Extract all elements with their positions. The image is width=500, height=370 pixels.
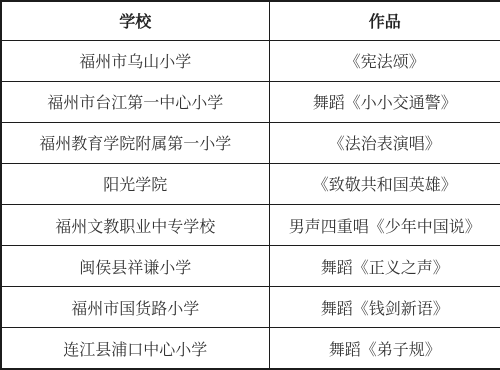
- table-row: 福州市乌山小学 《宪法颂》: [1, 40, 500, 81]
- work-cell: 舞蹈《正义之声》: [269, 246, 500, 287]
- column-header-school: 学校: [1, 1, 269, 40]
- school-cell: 福州市国货路小学: [1, 287, 269, 328]
- school-cell: 福州教育学院附属第一小学: [1, 122, 269, 163]
- school-performance-table: 学校 作品 福州市乌山小学 《宪法颂》 福州市台江第一中心小学 舞蹈《小小交通警…: [0, 0, 500, 370]
- column-header-work: 作品: [269, 1, 500, 40]
- work-cell: 舞蹈《钱剑新语》: [269, 287, 500, 328]
- school-cell: 福州市台江第一中心小学: [1, 81, 269, 122]
- school-cell: 阳光学院: [1, 163, 269, 204]
- school-cell: 福州市乌山小学: [1, 40, 269, 81]
- table-row: 福州教育学院附属第一小学 《法治表演唱》: [1, 122, 500, 163]
- work-cell: 舞蹈《小小交通警》: [269, 81, 500, 122]
- table-row: 连江县浦口中心小学 舞蹈《弟子规》: [1, 328, 500, 369]
- table-row: 福州市台江第一中心小学 舞蹈《小小交通警》: [1, 81, 500, 122]
- school-cell: 闽侯县祥谦小学: [1, 246, 269, 287]
- work-cell: 舞蹈《弟子规》: [269, 328, 500, 369]
- table-row: 福州市国货路小学 舞蹈《钱剑新语》: [1, 287, 500, 328]
- school-cell: 连江县浦口中心小学: [1, 328, 269, 369]
- table-row: 阳光学院 《致敬共和国英雄》: [1, 163, 500, 204]
- school-cell: 福州文教职业中专学校: [1, 205, 269, 246]
- table-row: 福州文教职业中专学校 男声四重唱《少年中国说》: [1, 205, 500, 246]
- work-cell: 《法治表演唱》: [269, 122, 500, 163]
- table-row: 闽侯县祥谦小学 舞蹈《正义之声》: [1, 246, 500, 287]
- header-row: 学校 作品: [1, 1, 500, 40]
- work-cell: 《致敬共和国英雄》: [269, 163, 500, 204]
- work-cell: 男声四重唱《少年中国说》: [269, 205, 500, 246]
- work-cell: 《宪法颂》: [269, 40, 500, 81]
